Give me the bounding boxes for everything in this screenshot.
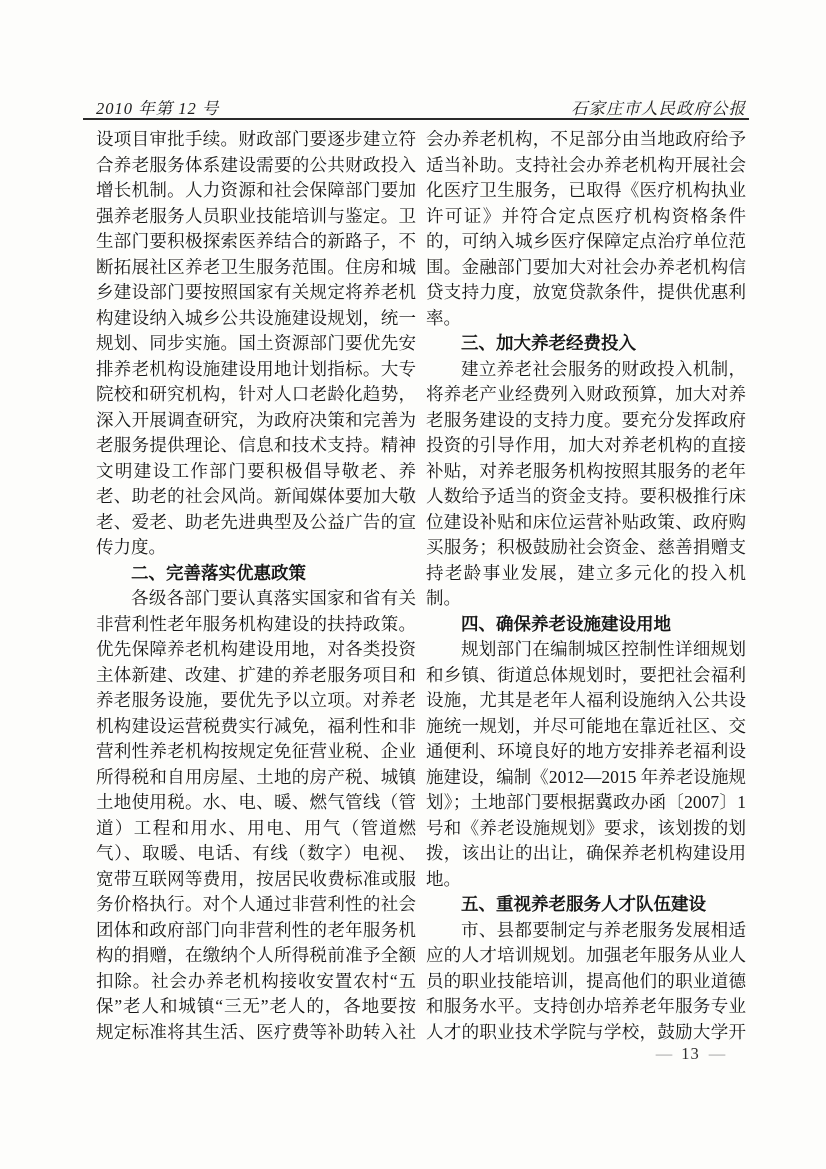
header-rule	[83, 118, 749, 120]
section-heading-2: 二、完善落实优惠政策	[96, 561, 416, 587]
page-number: 13	[681, 1044, 700, 1063]
article-paragraph-section-3: 建立养老社会服务的财政投入机制，将养老产业经费列入财政预算，加大对养老服务建设的…	[426, 357, 746, 612]
page-number-dash-left: —	[656, 1044, 673, 1063]
issue-number: 2010 年第 12 号	[96, 95, 219, 119]
section-heading-3: 三、加大养老经费投入	[426, 331, 746, 357]
section-heading-4: 四、确保养老设施建设用地	[426, 612, 746, 638]
document-page: 2010 年第 12 号 石家庄市人民政府公报 设项目审批手续。财政部门要逐步建…	[0, 0, 826, 1169]
article-paragraph-continuation: 设项目审批手续。财政部门要逐步建立符合养老服务体系建设需要的公共财政投入增长机制…	[96, 127, 416, 561]
page-header: 2010 年第 12 号 石家庄市人民政府公报	[96, 95, 746, 119]
article-paragraph-section-4: 规划部门在编制城区控制性详细规划和乡镇、街道总体规划时，要把社会福利设施，尤其是…	[426, 637, 746, 892]
gazette-title: 石家庄市人民政府公报	[571, 95, 746, 119]
page-footer: —13—	[618, 1044, 763, 1064]
page-number-dash-right: —	[709, 1044, 726, 1063]
section-heading-5: 五、重视养老服务人才队伍建设	[426, 892, 746, 918]
article-body: 设项目审批手续。财政部门要逐步建立符合养老服务体系建设需要的公共财政投入增长机制…	[96, 127, 746, 1045]
